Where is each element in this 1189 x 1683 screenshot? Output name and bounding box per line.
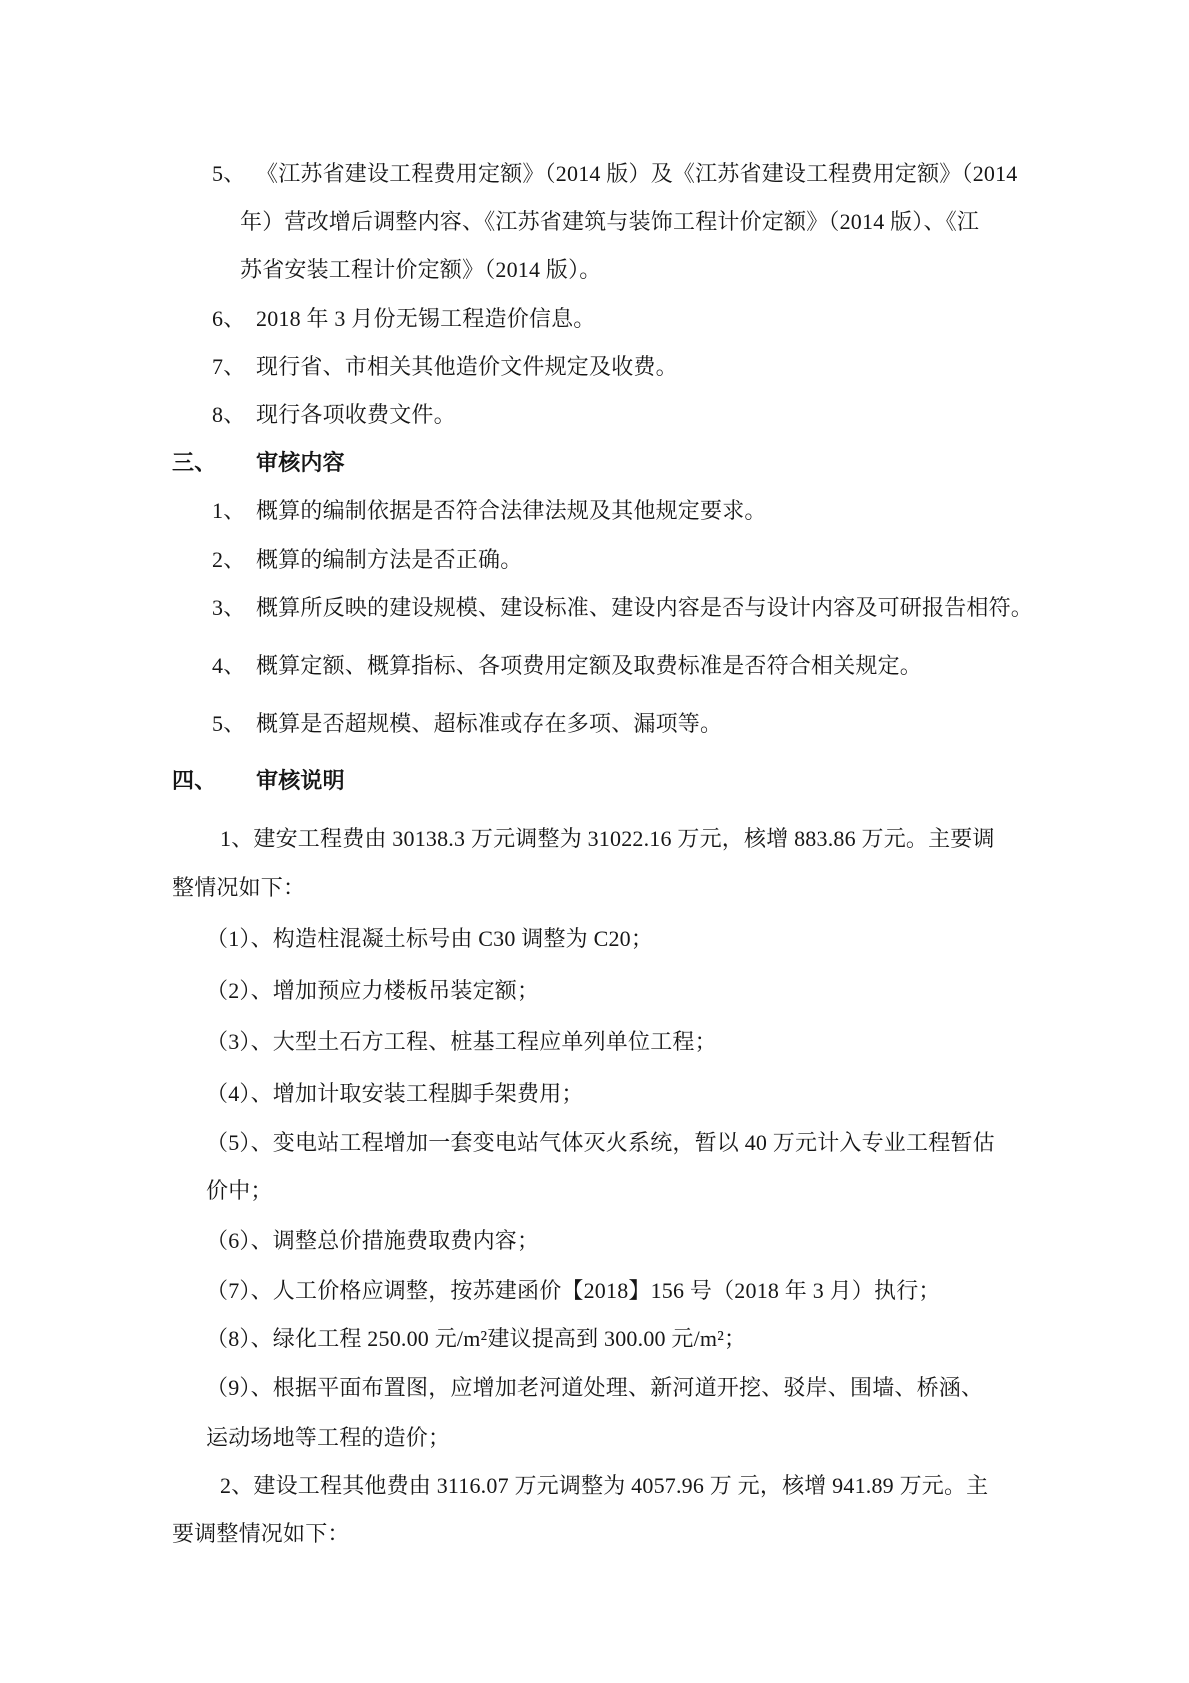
- document-line: （4）、增加计取安装工程脚手架费用；: [206, 1077, 584, 1111]
- line-text: 价中；: [206, 1178, 273, 1203]
- list-number: 5、: [212, 707, 256, 741]
- line-text: （6）、调整总价措施费取费内容；: [206, 1228, 539, 1253]
- document-line: 苏省安装工程计价定额》（2014 版）。: [240, 253, 602, 287]
- document-line: 运动场地等工程的造价；: [206, 1421, 450, 1455]
- document-line: （9）、根据平面布置图，应增加老河道处理、新河道开挖、驳岸、围墙、桥涵、: [206, 1371, 983, 1405]
- line-text: （2）、增加预应力楼板吊装定额；: [206, 978, 539, 1003]
- document-line: 3、概算所反映的建设规模、建设标准、建设内容是否与设计内容及可研报告相符。: [212, 591, 1033, 625]
- list-number: 4、: [212, 649, 256, 683]
- document-line: （5）、变电站工程增加一套变电站气体灭火系统，暂以 40 万元计入专业工程暂估: [206, 1126, 995, 1160]
- line-text: 概算的编制依据是否符合法律法规及其他规定要求。: [256, 498, 767, 523]
- list-number: 三、: [172, 446, 256, 480]
- line-text: 审核说明: [256, 768, 345, 793]
- line-text: 运动场地等工程的造价；: [206, 1425, 450, 1450]
- list-number: 2、: [212, 543, 256, 577]
- document-line: 5、概算是否超规模、超标准或存在多项、漏项等。: [212, 707, 722, 741]
- list-number: 5、: [212, 157, 256, 191]
- line-text: 2018 年 3 月份无锡工程造价信息。: [256, 306, 596, 331]
- document-line: 年）营改增后调整内容、《江苏省建筑与装饰工程计价定额》（2014 版）、《江: [240, 205, 979, 239]
- line-text: 要调整情况如下：: [172, 1521, 350, 1546]
- document-line: 2、概算的编制方法是否正确。: [212, 543, 522, 577]
- document-line: 价中；: [206, 1174, 273, 1208]
- line-text: 2、建设工程其他费由 3116.07 万元调整为 4057.96 万 元，核增 …: [220, 1473, 988, 1498]
- line-text: 《江苏省建设工程费用定额》（2014 版）及《江苏省建设工程费用定额》（2014: [256, 161, 1018, 186]
- document-line: （1）、构造柱混凝土标号由 C30 调整为 C20；: [206, 922, 653, 956]
- document-line: 7、现行省、市相关其他造价文件规定及收费。: [212, 350, 678, 384]
- list-number: 3、: [212, 591, 256, 625]
- list-number: 7、: [212, 350, 256, 384]
- document-line: 5、《江苏省建设工程费用定额》（2014 版）及《江苏省建设工程费用定额》（20…: [212, 157, 1018, 191]
- list-number: 1、: [212, 494, 256, 528]
- document-line: 1、建安工程费由 30138.3 万元调整为 31022.16 万元，核增 88…: [220, 822, 995, 856]
- document-page: 5、《江苏省建设工程费用定额》（2014 版）及《江苏省建设工程费用定额》（20…: [0, 0, 1189, 1683]
- line-text: 现行省、市相关其他造价文件规定及收费。: [256, 354, 678, 379]
- line-text: 概算定额、概算指标、各项费用定额及取费标准是否符合相关规定。: [256, 653, 922, 678]
- line-text: （5）、变电站工程增加一套变电站气体灭火系统，暂以 40 万元计入专业工程暂估: [206, 1130, 995, 1155]
- document-line: 1、概算的编制依据是否符合法律法规及其他规定要求。: [212, 494, 767, 528]
- line-text: （1）、构造柱混凝土标号由 C30 调整为 C20；: [206, 926, 653, 951]
- list-number: 6、: [212, 302, 256, 336]
- section-heading: 四、审核说明: [172, 764, 345, 798]
- line-text: （8）、绿化工程 250.00 元/m²建议提高到 300.00 元/m²；: [206, 1326, 746, 1351]
- document-line: 要调整情况如下：: [172, 1517, 350, 1551]
- document-line: 整情况如下：: [172, 871, 305, 905]
- line-text: 现行各项收费文件。: [256, 402, 456, 427]
- document-line: （2）、增加预应力楼板吊装定额；: [206, 974, 539, 1008]
- line-text: 审核内容: [256, 450, 345, 475]
- list-number: 8、: [212, 398, 256, 432]
- document-line: （6）、调整总价措施费取费内容；: [206, 1224, 539, 1258]
- line-text: （9）、根据平面布置图，应增加老河道处理、新河道开挖、驳岸、围墙、桥涵、: [206, 1375, 983, 1400]
- line-text: 概算所反映的建设规模、建设标准、建设内容是否与设计内容及可研报告相符。: [256, 595, 1033, 620]
- line-text: 概算是否超规模、超标准或存在多项、漏项等。: [256, 711, 722, 736]
- line-text: 年）营改增后调整内容、《江苏省建筑与装饰工程计价定额》（2014 版）、《江: [240, 209, 979, 234]
- document-line: 6、2018 年 3 月份无锡工程造价信息。: [212, 302, 596, 336]
- document-line: 8、现行各项收费文件。: [212, 398, 456, 432]
- line-text: 概算的编制方法是否正确。: [256, 547, 522, 572]
- line-text: （4）、增加计取安装工程脚手架费用；: [206, 1081, 584, 1106]
- document-line: 4、概算定额、概算指标、各项费用定额及取费标准是否符合相关规定。: [212, 649, 922, 683]
- line-text: 苏省安装工程计价定额》（2014 版）。: [240, 257, 602, 282]
- document-line: 2、建设工程其他费由 3116.07 万元调整为 4057.96 万 元，核增 …: [220, 1469, 988, 1503]
- document-line: （3）、大型土石方工程、桩基工程应单列单位工程；: [206, 1025, 717, 1059]
- line-text: 1、建安工程费由 30138.3 万元调整为 31022.16 万元，核增 88…: [220, 826, 995, 851]
- line-text: （7）、人工价格应调整，按苏建函价【2018】156 号（2018 年 3 月）…: [206, 1278, 941, 1303]
- section-heading: 三、审核内容: [172, 446, 345, 480]
- line-text: 整情况如下：: [172, 875, 305, 900]
- document-line: （7）、人工价格应调整，按苏建函价【2018】156 号（2018 年 3 月）…: [206, 1274, 941, 1308]
- line-text: （3）、大型土石方工程、桩基工程应单列单位工程；: [206, 1029, 717, 1054]
- list-number: 四、: [172, 764, 256, 798]
- document-line: （8）、绿化工程 250.00 元/m²建议提高到 300.00 元/m²；: [206, 1322, 746, 1356]
